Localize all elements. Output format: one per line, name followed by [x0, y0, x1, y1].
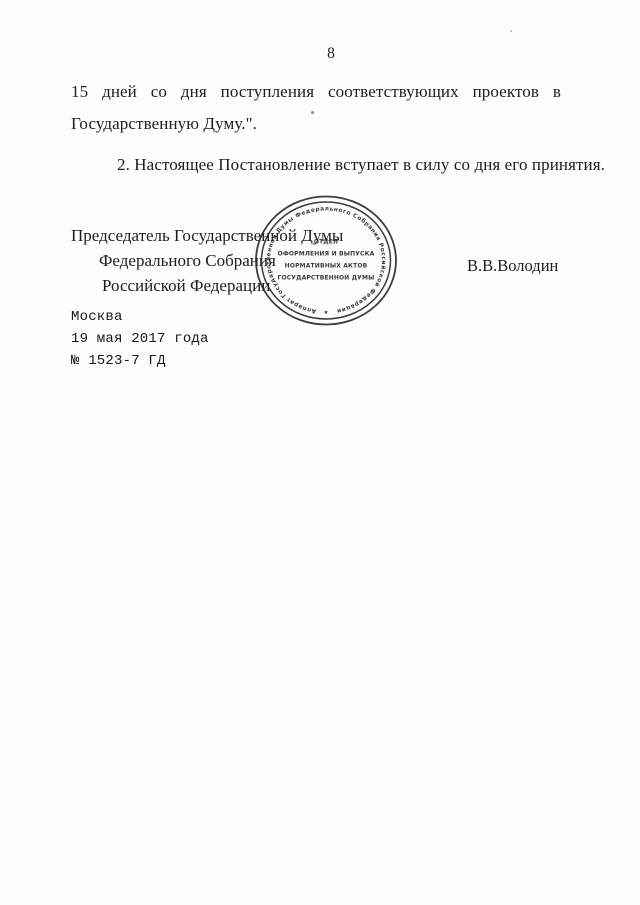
signee-name: В.В.Володин — [467, 257, 558, 276]
body-word: со — [151, 82, 167, 102]
stamp-inner-ring — [262, 202, 391, 319]
body-word: соответствующих — [328, 82, 459, 102]
body-paragraph-1-line-1: 15 дней со дня поступления соответствующ… — [71, 82, 561, 102]
body-paragraph-2: 2. Настоящее Постановление вступает в си… — [71, 155, 605, 175]
stamp-outer-ring — [256, 197, 396, 325]
body-word: дня — [181, 82, 207, 102]
stamp-center-line-3: НОРМАТИВНЫХ АКТОВ — [285, 263, 368, 270]
signature-title-line-3: Российской Федерации — [102, 276, 270, 296]
footer-date: 19 мая 2017 года — [71, 331, 209, 347]
body-word: дней — [102, 82, 137, 102]
body-word: поступления — [221, 82, 315, 102]
official-stamp: Аппарат Государственной Думы Федеральног… — [254, 194, 399, 330]
body-paragraph-1-line-2: Государственную Думу.". — [71, 114, 257, 134]
stamp-center-line-2: ОФОРМЛЕНИЯ И ВЫПУСКА — [278, 251, 375, 258]
body-word: в — [553, 82, 561, 102]
stamp-star-icon: ★ — [324, 310, 329, 316]
body-word: 15 — [71, 82, 88, 102]
scan-speck — [311, 111, 314, 114]
stamp-ring-text: Аппарат Государственной Думы Федеральног… — [266, 206, 387, 313]
stamp-ring-text-container: Аппарат Государственной Думы Федеральног… — [266, 206, 387, 313]
footer-city: Москва — [71, 309, 123, 325]
body-word: проектов — [473, 82, 539, 102]
footer-doc-number: № 1523-7 ГД — [71, 353, 166, 369]
page-number: 8 — [11, 45, 640, 63]
scan-speck — [510, 30, 512, 32]
signature-title-line-2: Федерального Собрания — [99, 251, 276, 271]
stamp-center-line-1: ОТДЕЛ — [314, 239, 338, 246]
stamp-center-line-4: ГОСУДАРСТВЕННОЙ ДУМЫ — [278, 274, 375, 282]
document-page: 8 15 дней со дня поступления соответству… — [0, 0, 640, 905]
